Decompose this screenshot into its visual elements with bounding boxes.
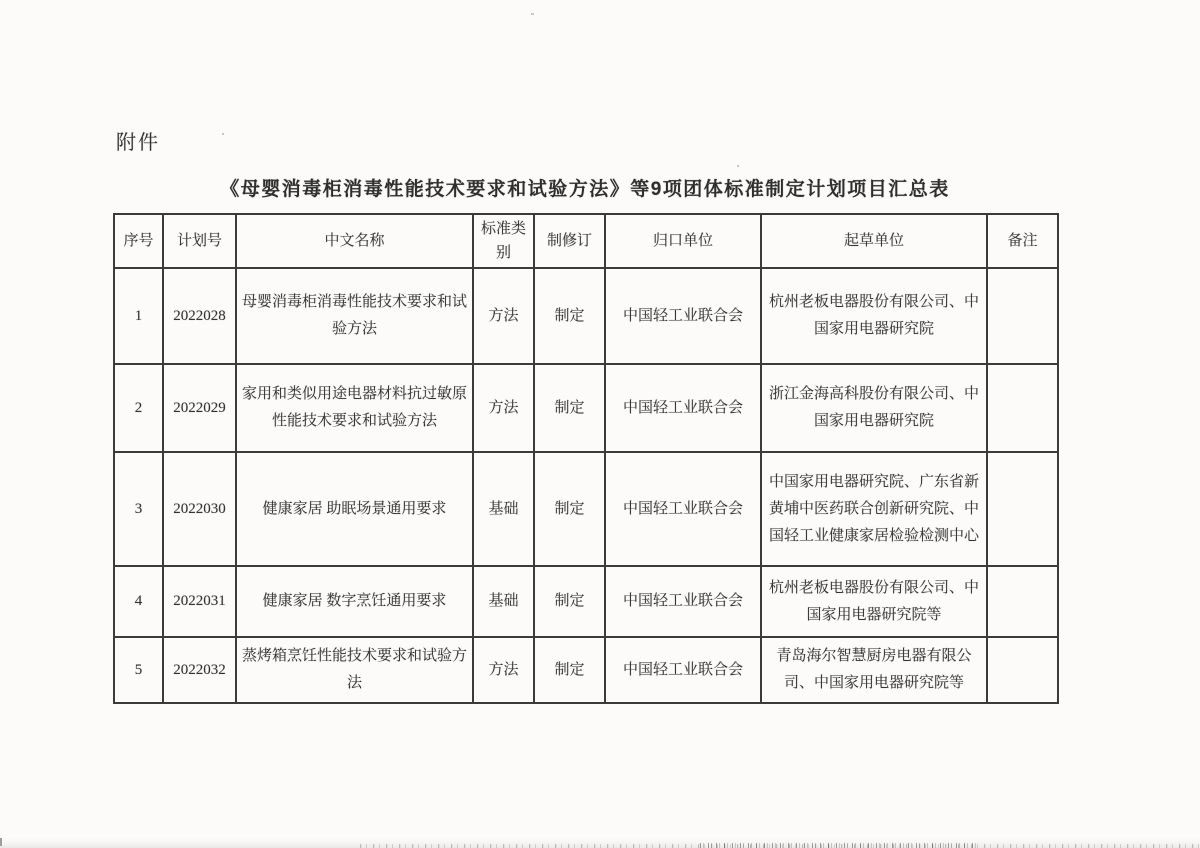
cell-plan-no: 2022029: [163, 364, 236, 452]
cell-action: 制定: [534, 268, 605, 364]
cell-centralized-unit: 中国轻工业联合会: [605, 566, 761, 637]
header-action: 制修订: [534, 214, 605, 268]
cell-drafting-unit: 中国家用电器研究院、广东省新黄埔中医药联合创新研究院、中国轻工业健康家居检验检测…: [761, 452, 987, 566]
scan-bottom-speckles-dark: [700, 843, 980, 848]
cell-remarks: [987, 637, 1058, 703]
table-header-row: 序号 计划号 中文名称 标准类别 制修订 归口单位 起草单位 备注: [114, 214, 1058, 268]
header-name: 中文名称: [236, 214, 473, 268]
header-centralized-unit: 归口单位: [605, 214, 761, 268]
cell-category: 方法: [473, 268, 534, 364]
header-category: 标准类别: [473, 214, 534, 268]
scan-speck: [222, 133, 224, 135]
cell-remarks: [987, 452, 1058, 566]
cell-category: 基础: [473, 566, 534, 637]
scan-speck: [531, 13, 534, 15]
cell-remarks: [987, 268, 1058, 364]
cell-drafting-unit: 杭州老板电器股份有限公司、中国家用电器研究院: [761, 268, 987, 364]
table-row: 4 2022031 健康家居 数字烹饪通用要求 基础 制定 中国轻工业联合会 杭…: [114, 566, 1058, 637]
document-title: 《母婴消毒柜消毒性能技术要求和试验方法》等9项团体标准制定计划项目汇总表: [0, 174, 1170, 201]
cell-category: 方法: [473, 637, 534, 703]
cell-name: 健康家居 数字烹饪通用要求: [236, 566, 473, 637]
table-row: 3 2022030 健康家居 助眠场景通用要求 基础 制定 中国轻工业联合会 中…: [114, 452, 1058, 566]
cell-seq: 2: [114, 364, 163, 452]
cell-remarks: [987, 364, 1058, 452]
header-remarks: 备注: [987, 214, 1058, 268]
header-seq: 序号: [114, 214, 163, 268]
table-row: 1 2022028 母婴消毒柜消毒性能技术要求和试验方法 方法 制定 中国轻工业…: [114, 268, 1058, 364]
cell-centralized-unit: 中国轻工业联合会: [605, 268, 761, 364]
cell-seq: 1: [114, 268, 163, 364]
cell-drafting-unit: 杭州老板电器股份有限公司、中国家用电器研究院等: [761, 566, 987, 637]
summary-table: 序号 计划号 中文名称 标准类别 制修订 归口单位 起草单位 备注 1 2022…: [113, 213, 1059, 704]
cell-name: 蒸烤箱烹饪性能技术要求和试验方法: [236, 637, 473, 703]
cell-action: 制定: [534, 364, 605, 452]
table-row: 2 2022029 家用和类似用途电器材料抗过敏原性能技术要求和试验方法 方法 …: [114, 364, 1058, 452]
cell-drafting-unit: 浙江金海高科股份有限公司、中国家用电器研究院: [761, 364, 987, 452]
scan-speck: [737, 165, 739, 167]
cell-action: 制定: [534, 452, 605, 566]
attachment-label: 附件: [116, 126, 160, 155]
cell-seq: 5: [114, 637, 163, 703]
cell-plan-no: 2022030: [163, 452, 236, 566]
cell-name: 家用和类似用途电器材料抗过敏原性能技术要求和试验方法: [236, 364, 473, 452]
cell-seq: 4: [114, 566, 163, 637]
cell-centralized-unit: 中国轻工业联合会: [605, 364, 761, 452]
cell-centralized-unit: 中国轻工业联合会: [605, 637, 761, 703]
cell-centralized-unit: 中国轻工业联合会: [605, 452, 761, 566]
header-drafting-unit: 起草单位: [761, 214, 987, 268]
cell-plan-no: 2022032: [163, 637, 236, 703]
cell-category: 方法: [473, 364, 534, 452]
cell-action: 制定: [534, 566, 605, 637]
cell-remarks: [987, 566, 1058, 637]
cell-drafting-unit: 青岛海尔智慧厨房电器有限公司、中国家用电器研究院等: [761, 637, 987, 703]
cell-seq: 3: [114, 452, 163, 566]
cell-name: 母婴消毒柜消毒性能技术要求和试验方法: [236, 268, 473, 364]
cell-plan-no: 2022031: [163, 566, 236, 637]
cell-name: 健康家居 助眠场景通用要求: [236, 452, 473, 566]
cell-category: 基础: [473, 452, 534, 566]
table-row: 5 2022032 蒸烤箱烹饪性能技术要求和试验方法 方法 制定 中国轻工业联合…: [114, 637, 1058, 703]
cell-action: 制定: [534, 637, 605, 703]
header-plan-no: 计划号: [163, 214, 236, 268]
cell-plan-no: 2022028: [163, 268, 236, 364]
document-page: 附件 《母婴消毒柜消毒性能技术要求和试验方法》等9项团体标准制定计划项目汇总表 …: [0, 0, 1200, 848]
